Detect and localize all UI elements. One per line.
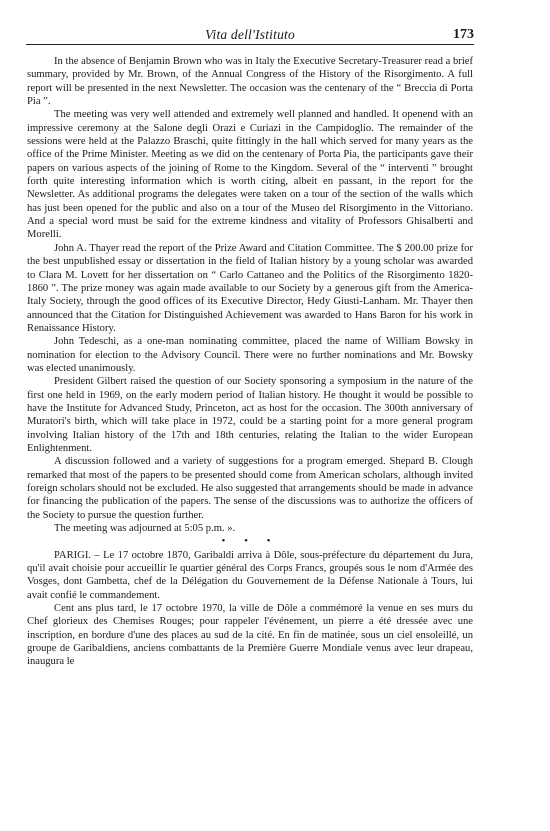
header-rule (26, 44, 474, 45)
paragraph-congress-summary: In the absence of Benjamin Brown who was… (27, 55, 473, 108)
paragraph-adjourned: The meeting was adjourned at 5:05 p.m. »… (27, 522, 473, 535)
paragraph-symposium: President Gilbert raised the question of… (27, 375, 473, 455)
running-header: Vita dell'Istituto 173 (26, 0, 474, 44)
paragraph-prize-award: John A. Thayer read the report of the Pr… (27, 242, 473, 335)
document-page: Vita dell'Istituto 173 In the absence of… (0, 0, 550, 831)
section-separator: • • • (27, 535, 473, 548)
paragraph-meeting-description: The meeting was very well attended and e… (27, 108, 473, 241)
paragraph-nomination: John Tedeschi, as a one-man nominating c… (27, 335, 473, 375)
paragraph-dole-commemoration: Cent ans plus tard, le 17 octobre 1970, … (27, 602, 473, 669)
paragraph-discussion: A discussion followed and a variety of s… (27, 455, 473, 522)
paragraph-parigi: PARIGI. – Le 17 octobre 1870, Garibaldi … (27, 549, 473, 602)
page-number: 173 (453, 27, 474, 43)
body-text: In the absence of Benjamin Brown who was… (27, 55, 473, 669)
running-title: Vita dell'Istituto (26, 27, 474, 43)
